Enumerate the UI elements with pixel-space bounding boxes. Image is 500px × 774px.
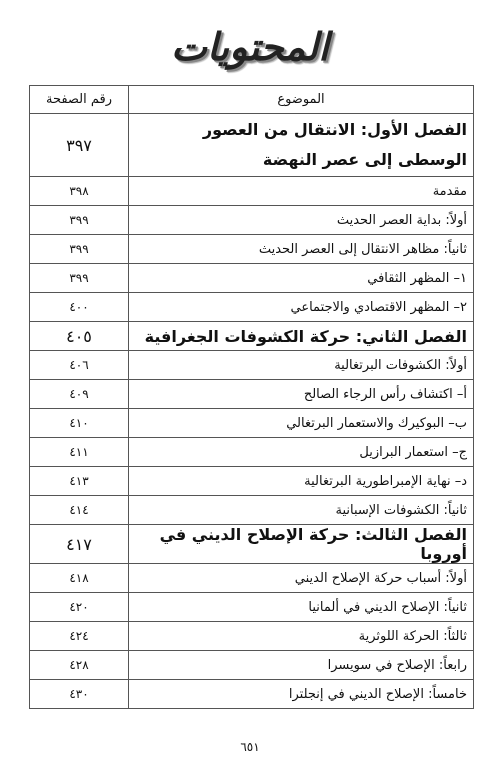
toc-page-number: ٣٩٩ [30, 235, 129, 264]
toc-page-number: ٤٠٩ [30, 380, 129, 409]
toc-topic: ١– المظهر الثقافي [129, 264, 474, 293]
toc-topic: ج– استعمار البرازيل [129, 438, 474, 467]
toc-page-number: ٤١١ [30, 438, 129, 467]
toc-page-number: ٣٩٨ [30, 177, 129, 206]
toc-page-number: ٤٠٠ [30, 293, 129, 322]
toc-row: أولاً: الكشوفات البرتغالية ٤٠٦ [30, 351, 474, 380]
toc-topic: ٢– المظهر الاقتصادي والاجتماعي [129, 293, 474, 322]
toc-row: ج– استعمار البرازيل ٤١١ [30, 438, 474, 467]
toc-topic: رابعاً: الإصلاح في سويسرا [129, 651, 474, 680]
toc-topic: أ– اكتشاف رأس الرجاء الصالح [129, 380, 474, 409]
toc-row: أولاً: بداية العصر الحديث ٣٩٩ [30, 206, 474, 235]
toc-page-number: ٤٢٤ [30, 622, 129, 651]
toc-row-chapter: الفصل الأول: الانتقال من العصور الوسطى إ… [30, 114, 474, 177]
toc-topic: أولاً: الكشوفات البرتغالية [129, 351, 474, 380]
column-header-topic: الموضوع [129, 86, 474, 114]
toc-row: أ– اكتشاف رأس الرجاء الصالح ٤٠٩ [30, 380, 474, 409]
toc-row: ١– المظهر الثقافي ٣٩٩ [30, 264, 474, 293]
toc-page-number: ٣٩٩ [30, 206, 129, 235]
toc-row: ثانياً: الإصلاح الديني في ألمانيا ٤٢٠ [30, 593, 474, 622]
toc-topic: خامساً: الإصلاح الديني في إنجلترا [129, 680, 474, 709]
toc-topic: مقدمة [129, 177, 474, 206]
toc-topic: ثانياً: الكشوفات الإسبانية [129, 496, 474, 525]
toc-row: ثانياً: مظاهر الانتقال إلى العصر الحديث … [30, 235, 474, 264]
toc-row: رابعاً: الإصلاح في سويسرا ٤٢٨ [30, 651, 474, 680]
toc-page-number: ٤١٠ [30, 409, 129, 438]
toc-topic: الفصل الثاني: حركة الكشوفات الجغرافية [129, 322, 474, 351]
toc-page-number: ٤٠٦ [30, 351, 129, 380]
toc-page-number: ٣٩٧ [30, 114, 129, 177]
toc-topic: الفصل الثالث: حركة الإصلاح الديني في أور… [129, 525, 474, 564]
toc-topic: أولاً: أسباب حركة الإصلاح الديني [129, 564, 474, 593]
toc-page-number: ٤١٣ [30, 467, 129, 496]
toc-page-number: ٤٢٠ [30, 593, 129, 622]
table-of-contents: الموضوع رقم الصفحة الفصل الأول: الانتقال… [29, 85, 474, 709]
toc-row: ثانياً: الكشوفات الإسبانية ٤١٤ [30, 496, 474, 525]
toc-row: ٢– المظهر الاقتصادي والاجتماعي ٤٠٠ [30, 293, 474, 322]
toc-topic: ثانياً: مظاهر الانتقال إلى العصر الحديث [129, 235, 474, 264]
toc-page-number: ٤٣٠ [30, 680, 129, 709]
toc-topic: الفصل الأول: الانتقال من العصور الوسطى إ… [129, 114, 474, 177]
page-title: المحتويات [0, 22, 500, 72]
toc-page-number: ٤٢٨ [30, 651, 129, 680]
toc-topic: ب– البوكيرك والاستعمار البرتغالي [129, 409, 474, 438]
toc-page-number: ٤١٧ [30, 525, 129, 564]
toc-row: ب– البوكيرك والاستعمار البرتغالي ٤١٠ [30, 409, 474, 438]
toc-page-number: ٤٠٥ [30, 322, 129, 351]
toc-topic: ثالثاً: الحركة اللوثرية [129, 622, 474, 651]
table-header-row: الموضوع رقم الصفحة [30, 86, 474, 114]
toc-row: مقدمة ٣٩٨ [30, 177, 474, 206]
toc-topic: ثانياً: الإصلاح الديني في ألمانيا [129, 593, 474, 622]
toc-row-chapter: الفصل الثالث: حركة الإصلاح الديني في أور… [30, 525, 474, 564]
column-header-page: رقم الصفحة [30, 86, 129, 114]
toc-topic: د– نهاية الإمبراطورية البرتغالية [129, 467, 474, 496]
page-number: ٦٥١ [0, 740, 500, 754]
toc-row: أولاً: أسباب حركة الإصلاح الديني ٤١٨ [30, 564, 474, 593]
toc-row-chapter: الفصل الثاني: حركة الكشوفات الجغرافية ٤٠… [30, 322, 474, 351]
toc-row: ثالثاً: الحركة اللوثرية ٤٢٤ [30, 622, 474, 651]
toc-page-number: ٤١٨ [30, 564, 129, 593]
toc-row: خامساً: الإصلاح الديني في إنجلترا ٤٣٠ [30, 680, 474, 709]
toc-page-number: ٤١٤ [30, 496, 129, 525]
toc-page-number: ٣٩٩ [30, 264, 129, 293]
toc-topic: أولاً: بداية العصر الحديث [129, 206, 474, 235]
toc-row: د– نهاية الإمبراطورية البرتغالية ٤١٣ [30, 467, 474, 496]
